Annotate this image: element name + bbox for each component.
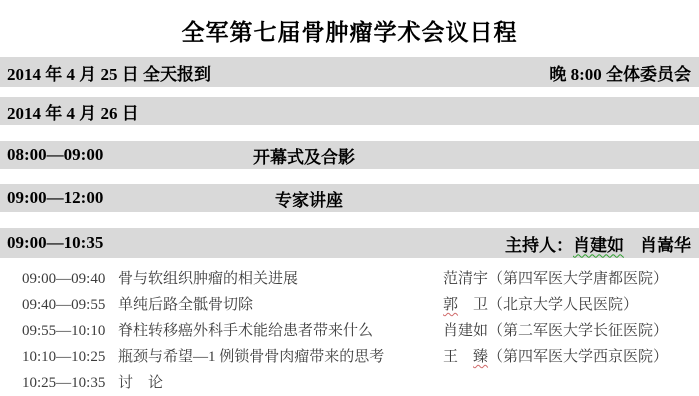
- day2-row: 2014 年 4 月 26 日: [0, 97, 699, 125]
- speaker-name-marked: 臻: [473, 349, 488, 365]
- session-speaker: 王 臻（第四军医大学西京医院）: [443, 344, 668, 370]
- conference-title: 全军第七届骨肿瘤学术会议日程: [0, 0, 699, 45]
- lecture-event-text: 专家讲座: [275, 186, 343, 211]
- session-topic: 瓶颈与希望—1 例锁骨骨肉瘤带来的思考: [118, 344, 443, 370]
- session-row: 09:00—09:40 骨与软组织肿瘤的相关进展 范清宇（第四军医大学唐都医院）: [0, 266, 699, 292]
- session-time: 10:25—10:35: [22, 370, 118, 396]
- session-speaker: 郭 卫（北京大学人民医院）: [443, 292, 638, 318]
- session-row: 10:25—10:35 讨 论: [0, 370, 699, 396]
- moderator-name-2: 肖嵩华: [640, 231, 691, 256]
- opening-time: 08:00—09:00: [7, 145, 157, 165]
- speaker-affiliation: （北京大学人民医院）: [488, 297, 638, 313]
- day1-evening-meeting-text: 晚 8:00 全体委员会: [549, 60, 691, 85]
- speaker-name-marked: 郭: [443, 297, 458, 313]
- speaker-name-rest: 卫: [458, 297, 488, 313]
- session-time: 09:55—10:10: [22, 318, 118, 344]
- session-header-row: 09:00—10:35 主持人： 肖建如 肖嵩华: [0, 228, 699, 258]
- session-row: 09:55—10:10 脊柱转移癌外科手术能给患者带来什么 肖建如（第二军医大学…: [0, 318, 699, 344]
- session-topic: 脊柱转移癌外科手术能给患者带来什么: [118, 318, 443, 344]
- session-row: 09:40—09:55 单纯后路全骶骨切除 郭 卫（北京大学人民医院）: [0, 292, 699, 318]
- session-list: 09:00—09:40 骨与软组织肿瘤的相关进展 范清宇（第四军医大学唐都医院）…: [0, 266, 699, 396]
- speaker-name: 范清宇: [443, 271, 488, 287]
- speaker-name: 肖建如: [443, 323, 488, 339]
- session-topic: 骨与软组织肿瘤的相关进展: [118, 266, 443, 292]
- conference-schedule-document: 全军第七届骨肿瘤学术会议日程 2014 年 4 月 25 日 全天报到 晚 8:…: [0, 0, 699, 396]
- session-speaker: 范清宇（第四军医大学唐都医院）: [443, 266, 668, 292]
- speaker-name: 王: [443, 349, 473, 365]
- moderator-name-1: 肖建如: [573, 231, 624, 256]
- moderator-label: 主持人：: [505, 231, 573, 256]
- speaker-affiliation: （第四军医大学西京医院）: [488, 349, 668, 365]
- session-speaker: 肖建如（第二军医大学长征医院）: [443, 318, 668, 344]
- speaker-affiliation: （第四军医大学唐都医院）: [488, 271, 668, 287]
- expert-lecture-row: 09:00—12:00 专家讲座: [0, 184, 699, 212]
- session-row: 10:10—10:25 瓶颈与希望—1 例锁骨骨肉瘤带来的思考 王 臻（第四军医…: [0, 344, 699, 370]
- opening-event-text: 开幕式及合影: [253, 143, 355, 168]
- day1-row: 2014 年 4 月 25 日 全天报到 晚 8:00 全体委员会: [0, 57, 699, 87]
- day2-date-text: 2014 年 4 月 26 日: [7, 99, 139, 124]
- day1-date-text: 2014 年 4 月 25 日 全天报到: [7, 60, 211, 85]
- speaker-affiliation: （第二军医大学长征医院）: [488, 323, 668, 339]
- session-header-time: 09:00—10:35: [7, 233, 157, 253]
- session-time: 09:00—09:40: [22, 266, 118, 292]
- session-time: 10:10—10:25: [22, 344, 118, 370]
- lecture-time: 09:00—12:00: [7, 188, 157, 208]
- session-topic: 讨 论: [118, 370, 443, 396]
- opening-ceremony-row: 08:00—09:00 开幕式及合影: [0, 141, 699, 169]
- session-time: 09:40—09:55: [22, 292, 118, 318]
- session-topic: 单纯后路全骶骨切除: [118, 292, 443, 318]
